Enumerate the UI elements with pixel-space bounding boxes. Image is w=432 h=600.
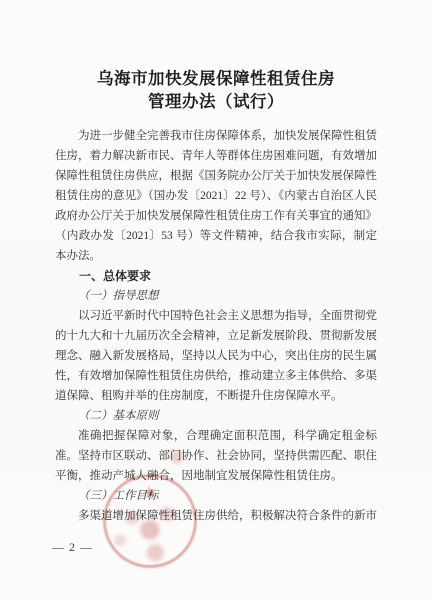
subheading-guiding-ideology: （一）指导思想 — [55, 286, 377, 306]
paragraph-intro: 为进一步健全完善我市住房保障体系，加快发展保障性租赁住房，着力解决新市民、青年人… — [55, 126, 377, 266]
page-number: — 2 — — [52, 540, 93, 555]
document-title: 乌海市加快发展保障性租赁住房 管理办法（试行） — [0, 0, 432, 113]
title-line-1: 乌海市加快发展保障性租赁住房 — [0, 67, 432, 90]
document-body: 为进一步健全完善我市住房保障体系，加快发展保障性租赁住房，着力解决新市民、青年人… — [55, 126, 377, 526]
paragraph-basic-principles: 准确把握保障对象，合理确定面积范围，科学确定租金标准。坚持市区联动、部门协作、社… — [55, 426, 377, 486]
subheading-basic-principles: （二）基本原则 — [55, 406, 377, 426]
paragraph-guiding-ideology: 以习近平新时代中国特色社会主义思想为指导，全面贯彻党的十九大和十九届历次全会精神… — [55, 306, 377, 406]
document-page: 乌海市加快发展保障性租赁住房 管理办法（试行） 为进一步健全完善我市住房保障体系… — [0, 0, 432, 600]
title-line-2: 管理办法（试行） — [0, 90, 432, 113]
heading-overall-requirements: 一、总体要求 — [55, 266, 377, 286]
subheading-work-goals: （三）工作目标 — [55, 486, 377, 506]
paragraph-work-goals: 多渠道增加保障性租赁住房供给，积极解决符合条件的新市 — [55, 506, 377, 526]
